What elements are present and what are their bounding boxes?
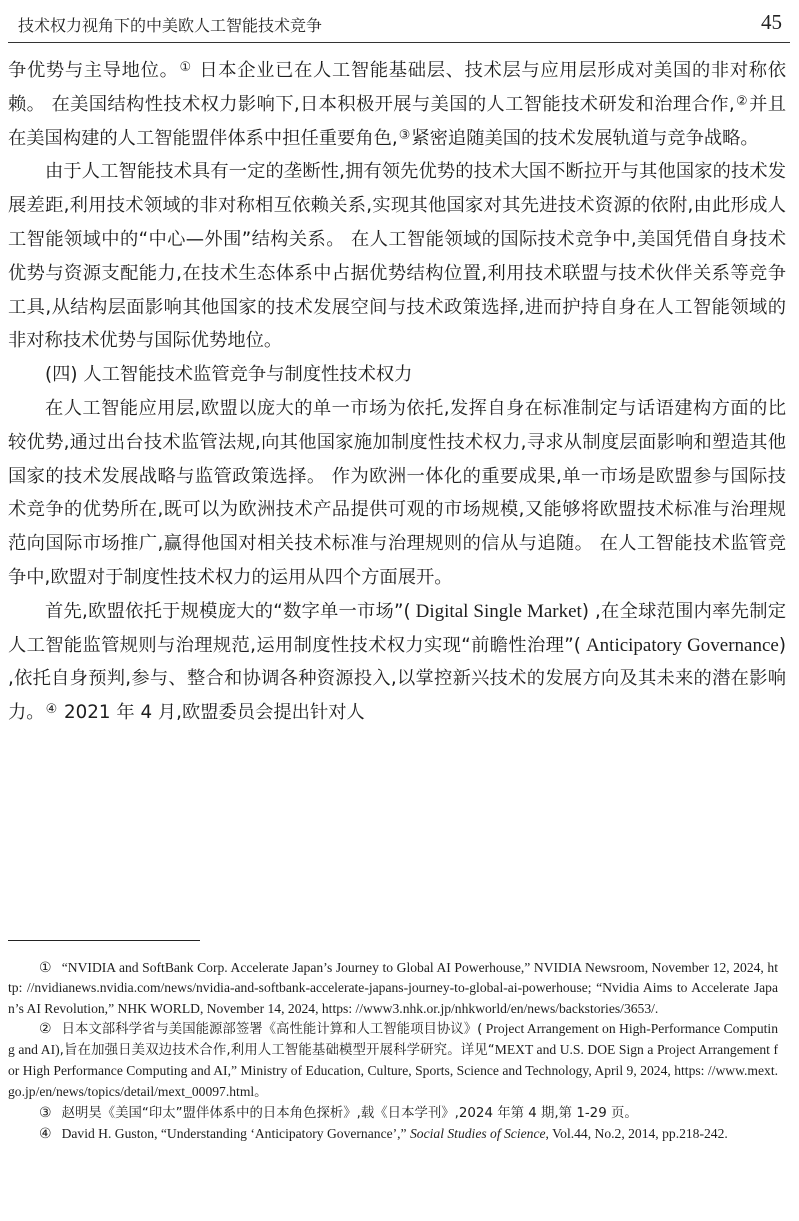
term-digital-single-market: Digital Single Market <box>411 601 582 622</box>
footnote-text: ,旨在加强日美双边技术合作,利用人工智能基础模型开展科学研究。详见“ <box>60 1043 495 1058</box>
paragraph-2: 由于人工智能技术具有一定的垄断性,拥有领先优势的技术大国不断拉开与其他国家的技术… <box>8 155 786 358</box>
footnote-number: ④ <box>39 1126 52 1142</box>
footnote-number: ① <box>39 960 52 976</box>
footnote-text: 日本文部科学省与美国能源部签署《高性能计算和人工智能项目协议》( <box>62 1022 483 1037</box>
footnote-ref-3[interactable]: ③ <box>399 128 411 143</box>
header-rule-divider <box>8 42 790 43</box>
footnote-ref-2[interactable]: ② <box>736 94 748 109</box>
paragraph-1: 争优势与主导地位。① 日本企业已在人工智能基础层、技术层与应用层形成对美国的非对… <box>8 54 786 155</box>
text-run: 2021 年 4 月,欧盟委员会提出针对人 <box>58 702 365 723</box>
footnote-text: 。 <box>254 1085 267 1100</box>
main-body-text: 争优势与主导地位。① 日本企业已在人工智能基础层、技术层与应用层形成对美国的非对… <box>8 54 786 730</box>
footnote-text: , Vol.44, No.2, 2014, pp.218-242. <box>546 1126 728 1141</box>
text-run: 首先,欧盟依托于规模庞大的“数字单一市场”( <box>45 601 411 622</box>
footnote-rule-divider <box>8 940 200 941</box>
paragraph-4: 首先,欧盟依托于规模庞大的“数字单一市场”( Digital Single Ma… <box>8 595 786 730</box>
running-head: 技术权力视角下的中美欧人工智能技术竞争 45 <box>18 10 790 40</box>
paragraph-3: 在人工智能应用层,欧盟以庞大的单一市场为依托,发挥自身在标准制定与话语建构方面的… <box>8 392 786 595</box>
running-head-title: 技术权力视角下的中美欧人工智能技术竞争 <box>18 13 322 36</box>
footnote-number: ③ <box>39 1105 52 1121</box>
footnote-ref-1[interactable]: ① <box>180 60 192 75</box>
footnote-ref-4[interactable]: ④ <box>46 702 58 717</box>
footnote-text: “NVIDIA and SoftBank Corp. Accelerate Ja… <box>8 960 778 1016</box>
footnote-text: David H. Guston, “Understanding ‘Anticip… <box>62 1126 410 1141</box>
journal-page: 技术权力视角下的中美欧人工智能技术竞争 45 争优势与主导地位。① 日本企业已在… <box>0 0 799 1221</box>
footnotes: ①“NVIDIA and SoftBank Corp. Accelerate J… <box>8 958 778 1145</box>
term-anticipatory-governance: Anticipatory Governance <box>581 635 779 656</box>
page-number: 45 <box>761 10 782 35</box>
footnote-number: ② <box>39 1021 52 1037</box>
section-heading: (四) 人工智能技术监管竞争与制度性技术权力 <box>8 358 786 392</box>
footnote-3: ③赵明昊《美国“印太”盟伴体系中的日本角色探析》,载《日本学刊》,2024 年第… <box>8 1103 778 1124</box>
footnote-1: ①“NVIDIA and SoftBank Corp. Accelerate J… <box>8 958 778 1019</box>
text-run: 争优势与主导地位。 <box>8 60 179 81</box>
journal-title: Social Studies of Science <box>410 1126 546 1141</box>
text-run: 紧密追随美国的技术发展轨道与竞争战略。 <box>411 128 758 149</box>
footnote-4: ④David H. Guston, “Understanding ‘Antici… <box>8 1124 778 1144</box>
footnote-text: 赵明昊《美国“印太”盟伴体系中的日本角色探析》,载《日本学刊》,2024 年第 … <box>62 1106 638 1121</box>
footnote-2: ②日本文部科学省与美国能源部签署《高性能计算和人工智能项目协议》( Projec… <box>8 1019 778 1103</box>
